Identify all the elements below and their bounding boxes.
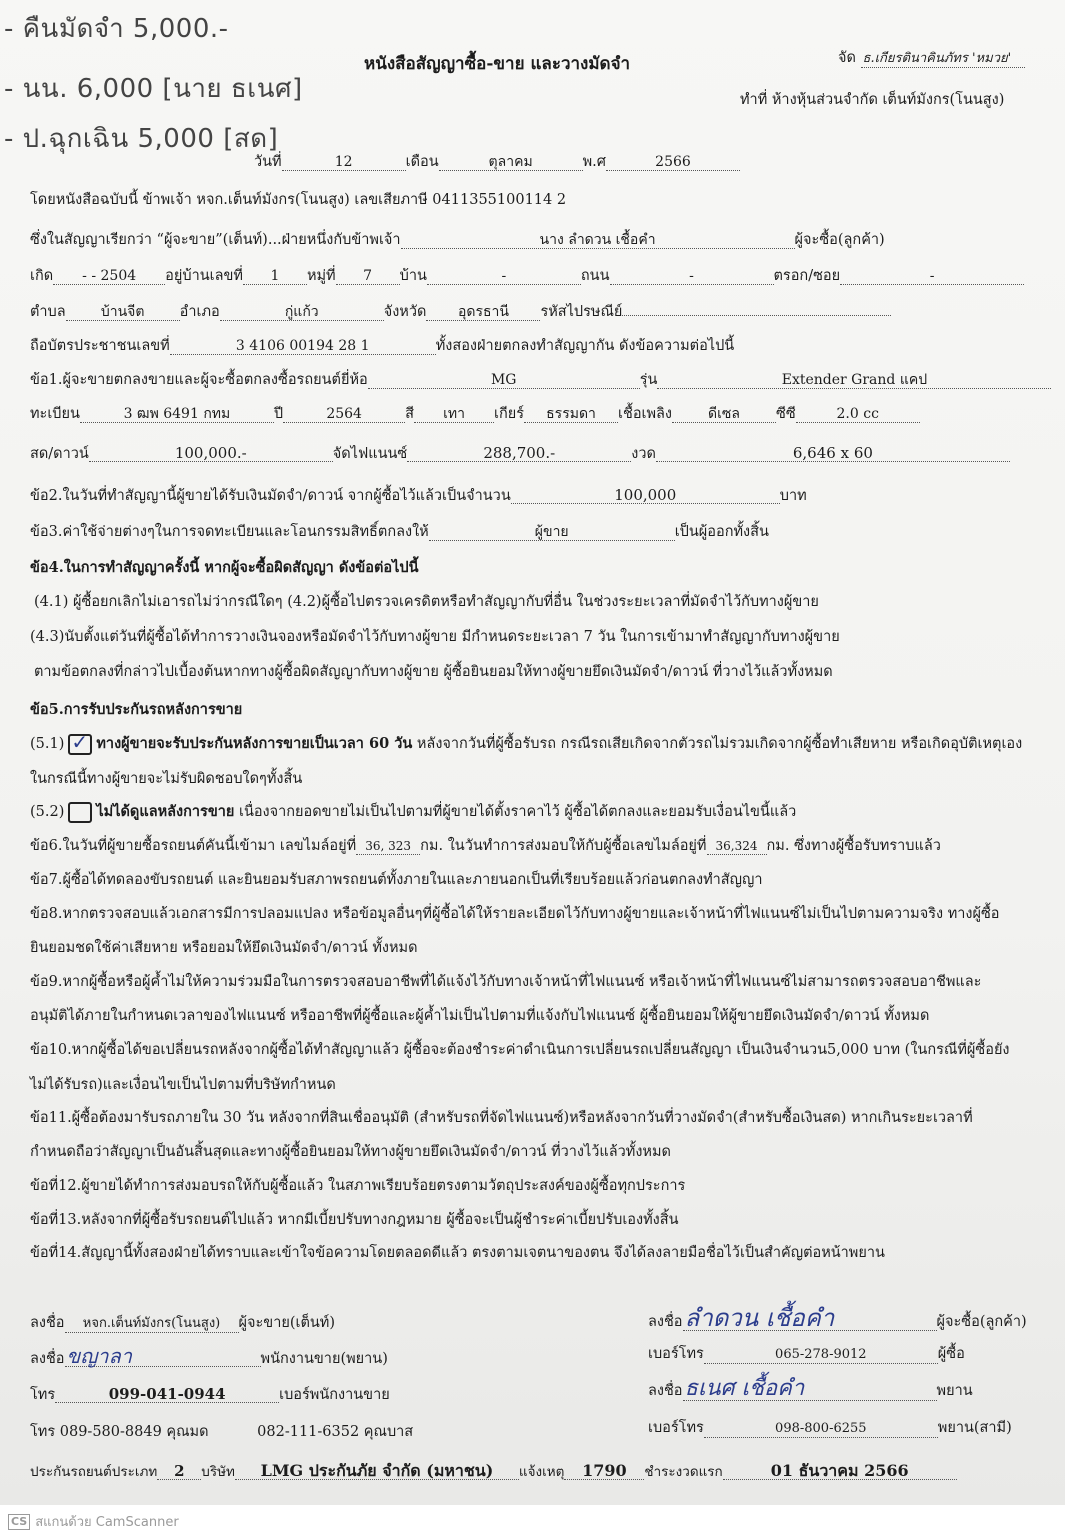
province-label: จังหวัด: [384, 304, 427, 320]
vehicle-line: ข้อ1.ผู้จะขายตกลงขายและผู้จะซื้อตกลงซื้อ…: [30, 368, 1051, 391]
phone-label: เบอร์โทร: [648, 1420, 704, 1436]
clause-4-1: (4.1) ผู้ซื้อยกเลิกไม่เอารถไม่ว่ากรณีใดๆ…: [34, 590, 819, 613]
first-payment-field: 01 ธันวาคม 2566: [723, 1463, 957, 1480]
clause-4-3: (4.3)นับตั้งแต่วันที่ผู้ซื้อได้ทำการวางเ…: [30, 625, 840, 648]
clause-4-tail: ตามข้อตกลงที่กล่าวไปเบื้องต้นหากทางผู้ซื…: [34, 660, 833, 683]
village-field: -: [427, 268, 581, 285]
clause-12: ข้อที่12.ผู้ขายได้ทำการส่งมอบรถให้กับผู้…: [30, 1174, 685, 1197]
insurance-company-field: LMG ประกันภัย จำกัด (มหาชน): [235, 1463, 519, 1480]
mileage-in-field: 36, 323: [356, 838, 420, 855]
buyer-phone-role: ผู้ซื้อ: [938, 1346, 965, 1362]
down-label: สด/ดาวน์: [30, 446, 89, 462]
clause-5-1-rest: หลังจากวันที่ผู้ซื้อรับรถ กรณีรถเสียเกิด…: [412, 736, 1022, 752]
district-field: กู่แก้ว: [220, 304, 384, 321]
document-title: หนังสือสัญญาซื้อ-ขาย และวางมัดจำ: [364, 50, 630, 77]
clause-5-2-bold: ไม่ได้ดูแลหลังการขาย: [96, 803, 234, 820]
plate-label: ทะเบียน: [30, 406, 80, 422]
subdistrict-field: บ้านจีต: [66, 304, 180, 321]
sign-label: ลงชื่อ: [648, 1383, 683, 1399]
clause-4-heading: ข้อ4.ในการทำสัญญาครั้งนี้ หากผู้จะซื้อผิ…: [30, 556, 419, 579]
contact-mod: โทร 089-580-8849 คุณมด: [30, 1424, 209, 1440]
clause-10-line-1: ข้อ10.หากผู้ซื้อได้ขอเปลี่ยนรถหลังจากผู้…: [30, 1038, 1010, 1061]
phone-label: เบอร์โทร: [648, 1346, 704, 1362]
agreement-text: ทั้งสองฝ่ายตกลงทำสัญญากัน ดังข้อความต่อไ…: [436, 338, 734, 354]
down-field: 100,000.-: [89, 445, 333, 462]
province-field: อุดรธานี: [426, 304, 540, 321]
address-line: เกิด- - 2504อยู่บ้านเลขที่1หมู่ที่7บ้าน-…: [30, 264, 1024, 287]
cc-field: 2.0 cc: [796, 406, 920, 423]
vyear-field: 2564: [283, 406, 405, 423]
clause-5-2-rest: เนื่องจากยอดขายไม่เป็นไปตามที่ผู้ขายได้ต…: [234, 804, 796, 820]
cc-label: ซีซี: [776, 406, 796, 422]
clause-2-text: ข้อ2.ในวันที่ทำสัญญานี้ผู้ขายได้รับเงินม…: [30, 488, 511, 504]
clause-6-c: กม. ซึ่งทางผู้ซื้อรับทราบแล้ว: [767, 838, 941, 854]
month-value: ตุลาคม: [439, 154, 583, 171]
clause-11-line-2: กำหนดถือว่าสัญญาเป็นอันสิ้นสุดและทางผู้ซ…: [30, 1140, 671, 1163]
vehicle-detail-line: ทะเบียน3 ฒพ 6491 กทมปี2564สีเทาเกียร์ธรร…: [30, 402, 920, 425]
clause-3-tail: เป็นผู้ออกทั้งสิ้น: [675, 524, 769, 540]
clause-5-heading: ข้อ5.การรับประกันรถหลังการขาย: [30, 698, 242, 721]
witness-signature-line: ลงชื่อธเนศ เชื้อคำพยาน: [648, 1378, 973, 1402]
buyer-name-field: นาง ลำดวน เชื้อคำ: [401, 232, 795, 249]
brand-field: MG: [368, 372, 640, 389]
buyer-role: ผู้จะซื้อ(ลูกค้า): [795, 232, 885, 248]
soi-field: -: [840, 268, 1024, 285]
moo-label: หมู่ที่: [307, 268, 336, 284]
buyer-phone-field: 065-278-9012: [704, 1347, 938, 1364]
clause-3-text: ข้อ3.ค่าใช้จ่ายต่างๆในการจดทะเบียนและโอน…: [30, 524, 429, 540]
sales-phone-role: เบอร์พนักงานขาย: [279, 1387, 390, 1403]
location-line: ตำบลบ้านจีตอำเภอกู่แก้วจังหวัดอุดรธานีรห…: [30, 300, 891, 323]
extra-contacts: โทร 089-580-8849 คุณมด 082-111-6352 คุณบ…: [30, 1420, 413, 1443]
camscanner-logo-icon: CS: [8, 1514, 30, 1530]
intro-line: โดยหนังสือฉบับนี้ ข้าพเจ้า หจก.เต็นท์มัง…: [30, 188, 566, 211]
fuel-label: เชื้อเพลิง: [618, 406, 672, 422]
installment-field: 6,646 x 60: [656, 445, 1010, 462]
witness-phone-field: 098-800-6255: [704, 1421, 938, 1438]
clause-9-line-1: ข้อ9.หากผู้ซื้อหรือผู้ค้ำไม่ให้ความร่วมม…: [30, 970, 981, 993]
clause-5-1-bold: ทางผู้ขายจะรับประกันหลังการขายเป็นเวลา 6…: [96, 735, 412, 752]
no-aftersale-checkbox[interactable]: [68, 802, 92, 823]
color-label: สี: [405, 406, 414, 422]
clause-10-line-2: ไม่ได้รับรถ)และเงื่อนไขเป็นไปตามที่บริษั…: [30, 1073, 336, 1096]
claim-number-field: 1790: [564, 1463, 644, 1480]
check-mark-icon: ✓: [71, 730, 88, 754]
date-label: วันที่: [254, 154, 282, 170]
clause-6-b: กม. ในวันทำการส่งมอบให้กับผู้ซื้อเลขไมล์…: [420, 838, 706, 854]
buyer-signature-line: ลงชื่อลำดวน เชื้อคำผู้จะซื้อ(ลูกค้า): [648, 1306, 1027, 1333]
clause-5-2: (5.2)ไม่ได้ดูแลหลังการขาย เนื่องจากยอดขา…: [30, 800, 796, 823]
moo-field: 7: [336, 268, 400, 285]
witness-phone-role: พยาน(สามี): [938, 1420, 1012, 1436]
buyer-signature: ลำดวน เชื้อคำ: [683, 1306, 937, 1331]
clause-13: ข้อที่13.หลังจากที่ผู้ซื้อรับรถยนต์ไปแล้…: [30, 1208, 679, 1231]
clause-2: ข้อ2.ในวันที่ทำสัญญานี้ผู้ขายได้รับเงินม…: [30, 484, 807, 507]
vyear-label: ปี: [274, 406, 283, 422]
made-at-label: ทำที่: [740, 92, 767, 108]
insurance-type-label: ประกันรถยนต์ประเภท: [30, 1464, 157, 1480]
born-field: - - 2504: [53, 268, 165, 285]
soi-label: ตรอก/ซอย: [774, 268, 841, 284]
installment-label: งวด: [631, 446, 656, 462]
handwritten-note: - นน. 6,000 [นาย ธเนศ]: [4, 68, 303, 109]
deposit-amount-field: 100,000: [511, 487, 780, 504]
sales-signature: ขญาลา: [65, 1346, 261, 1367]
camscanner-watermark: CS สแกนด้วย CamScanner: [8, 1511, 179, 1532]
clause-14: ข้อที่14.สัญญานี้ทั้งสองฝ่ายได้ทราบและเข…: [30, 1241, 885, 1264]
sign-label: ลงชื่อ: [648, 1314, 683, 1330]
witness-phone-line: เบอร์โทร098-800-6255พยาน(สามี): [648, 1416, 1012, 1439]
warranty-60-days-checkbox[interactable]: ✓: [68, 734, 92, 755]
buyer-sign-role: ผู้จะซื้อ(ลูกค้า): [937, 1314, 1027, 1330]
witness-role: พยาน: [937, 1383, 973, 1399]
arranged-by-label: จัด: [838, 50, 856, 66]
made-at-value: ห้างหุ้นส่วนจำกัด เต็นท์มังกร(โนนสูง): [772, 92, 1005, 108]
id-label: ถือบัตรประชาชนเลขที่: [30, 338, 170, 354]
sales-phone-field: 099-041-0944: [55, 1386, 279, 1403]
clause1-text: ข้อ1.ผู้จะขายตกลงขายและผู้จะซื้อตกลงซื้อ…: [30, 372, 368, 388]
mileage-out-field: 36,324: [707, 838, 767, 855]
contract-page: - คืนมัดจำ 5,000.- - นน. 6,000 [นาย ธเนศ…: [0, 0, 1065, 1505]
born-label: เกิด: [30, 268, 53, 284]
id-field: 3 4106 00194 28 1: [170, 338, 436, 355]
model-field: Extender Grand แคป: [657, 372, 1051, 389]
postcode-label: รหัสไปรษณีย์: [540, 304, 622, 320]
seller-clause: ซึ่งในสัญญาเรียกว่า “ผู้จะขาย”(เต็นท์)..…: [30, 232, 401, 248]
clause-9-line-2: อนุมัติได้ภายในกำหนดเวลาของไฟแนนซ์ หรืออ…: [30, 1004, 929, 1027]
house-no-field: 1: [243, 268, 307, 285]
clause-6: ข้อ6.ในวันที่ผู้ขายซื้อรถยนต์คันนี้เข้าม…: [30, 834, 941, 857]
made-at: ทำที่ ห้างหุ้นส่วนจำกัด เต็นท์มังกร(โนนส…: [740, 88, 1004, 111]
finance-field: 288,700.-: [407, 445, 631, 462]
handwritten-note: - คืนมัดจำ 5,000.-: [4, 8, 229, 49]
sales-signature-line: ลงชื่อขญาลาพนักงานขาย(พยาน): [30, 1346, 388, 1370]
claim-label: แจ้งเหตุ: [519, 1464, 564, 1480]
clause-5-1-tail: ในกรณีนี้ทางผู้ขายจะไม่รับผิดชอบใดๆทั้งส…: [30, 767, 302, 790]
postcode-field: [622, 315, 891, 316]
color-field: เทา: [414, 406, 494, 423]
house-no-label: อยู่บ้านเลขที่: [165, 268, 243, 284]
year-label: พ.ศ: [583, 154, 606, 170]
arranged-by: จัด ธ.เกียรตินาคินภัทร 'หมวย': [838, 46, 1025, 69]
finance-label: จัดไฟแนนซ์: [333, 446, 407, 462]
buyer-line: ซึ่งในสัญญาเรียกว่า “ผู้จะขาย”(เต็นท์)..…: [30, 228, 885, 251]
district-label: อำเภอ: [180, 304, 220, 320]
camscanner-text: สแกนด้วย CamScanner: [35, 1511, 178, 1532]
fuel-field: ดีเซล: [672, 406, 776, 423]
sign-label: ลงชื่อ: [30, 1315, 65, 1331]
id-line: ถือบัตรประชาชนเลขที่3 4106 00194 28 1ทั้…: [30, 334, 734, 357]
first-pay-label: ชำระงวดแรก: [644, 1464, 722, 1480]
company-label: บริษัท: [201, 1464, 235, 1480]
insurance-line: ประกันรถยนต์ประเภท2บริษัทLMG ประกันภัย จ…: [30, 1460, 957, 1482]
baht-unit: บาท: [780, 488, 807, 504]
gear-field: ธรรมดา: [524, 406, 618, 423]
insurance-type-field: 2: [157, 1463, 201, 1480]
fee-payer-field: ผู้ขาย: [429, 524, 675, 541]
model-label: รุ่น: [640, 372, 658, 388]
sales-phone-line: โทร099-041-0944เบอร์พนักงานขาย: [30, 1383, 390, 1406]
payment-line: สด/ดาวน์100,000.-จัดไฟแนนซ์288,700.-งวด6…: [30, 442, 1010, 465]
clause-3: ข้อ3.ค่าใช้จ่ายต่างๆในการจดทะเบียนและโอน…: [30, 520, 769, 543]
arranged-by-value: ธ.เกียรตินาคินภัทร 'หมวย': [861, 51, 1025, 68]
road-field: -: [610, 268, 774, 285]
clause-5-1-num: (5.1): [30, 736, 64, 752]
clause-5-1: (5.1)✓ทางผู้ขายจะรับประกันหลังการขายเป็น…: [30, 732, 1022, 755]
seller-signature: หจก.เต็นท์มังกร(โนนสูง): [65, 1316, 239, 1333]
seller-role: ผู้จะขาย(เต็นท์): [239, 1315, 336, 1331]
plate-field: 3 ฒพ 6491 กทม: [80, 406, 274, 423]
sign-label: ลงชื่อ: [30, 1351, 65, 1367]
handwritten-note: - ป.ฉุกเฉิน 5,000 [สด]: [4, 118, 278, 159]
road-label: ถนน: [581, 268, 610, 284]
month-label: เดือน: [406, 154, 439, 170]
clause-5-2-num: (5.2): [30, 804, 64, 820]
subdistrict-label: ตำบล: [30, 304, 66, 320]
gear-label: เกียร์: [494, 406, 524, 422]
tel-label: โทร: [30, 1387, 55, 1403]
witness-signature: ธเนศ เชื้อคำ: [683, 1378, 937, 1401]
sales-role: พนักงานขาย(พยาน): [261, 1351, 388, 1367]
seller-signature-line: ลงชื่อหจก.เต็นท์มังกร(โนนสูง)ผู้จะขาย(เต…: [30, 1311, 335, 1334]
clause-8-line-2: ยินยอมชดใช้ค่าเสียหาย หรือยอมให้ยึดเงินม…: [30, 936, 418, 959]
clause-7: ข้อ7.ผู้ซื้อได้ทดลองขับรถยนต์ และยินยอมร…: [30, 868, 763, 891]
year-value: 2566: [606, 154, 740, 171]
village-label: บ้าน: [400, 268, 427, 284]
contact-bas: 082-111-6352 คุณบาส: [257, 1424, 413, 1440]
buyer-phone-line: เบอร์โทร065-278-9012ผู้ซื้อ: [648, 1342, 965, 1365]
clause-6-a: ข้อ6.ในวันที่ผู้ขายซื้อรถยนต์คันนี้เข้าม…: [30, 838, 356, 854]
clause-8-line-1: ข้อ8.หากตรวจสอบแล้วเอกสารมีการปลอมแปลง ห…: [30, 902, 1000, 925]
contract-date: วันที่12เดือนตุลาคมพ.ศ2566: [254, 150, 740, 173]
day-value: 12: [282, 154, 406, 171]
clause-11-line-1: ข้อ11.ผู้ซื้อต้องมารับรถภายใน 30 วัน หลั…: [30, 1106, 973, 1129]
